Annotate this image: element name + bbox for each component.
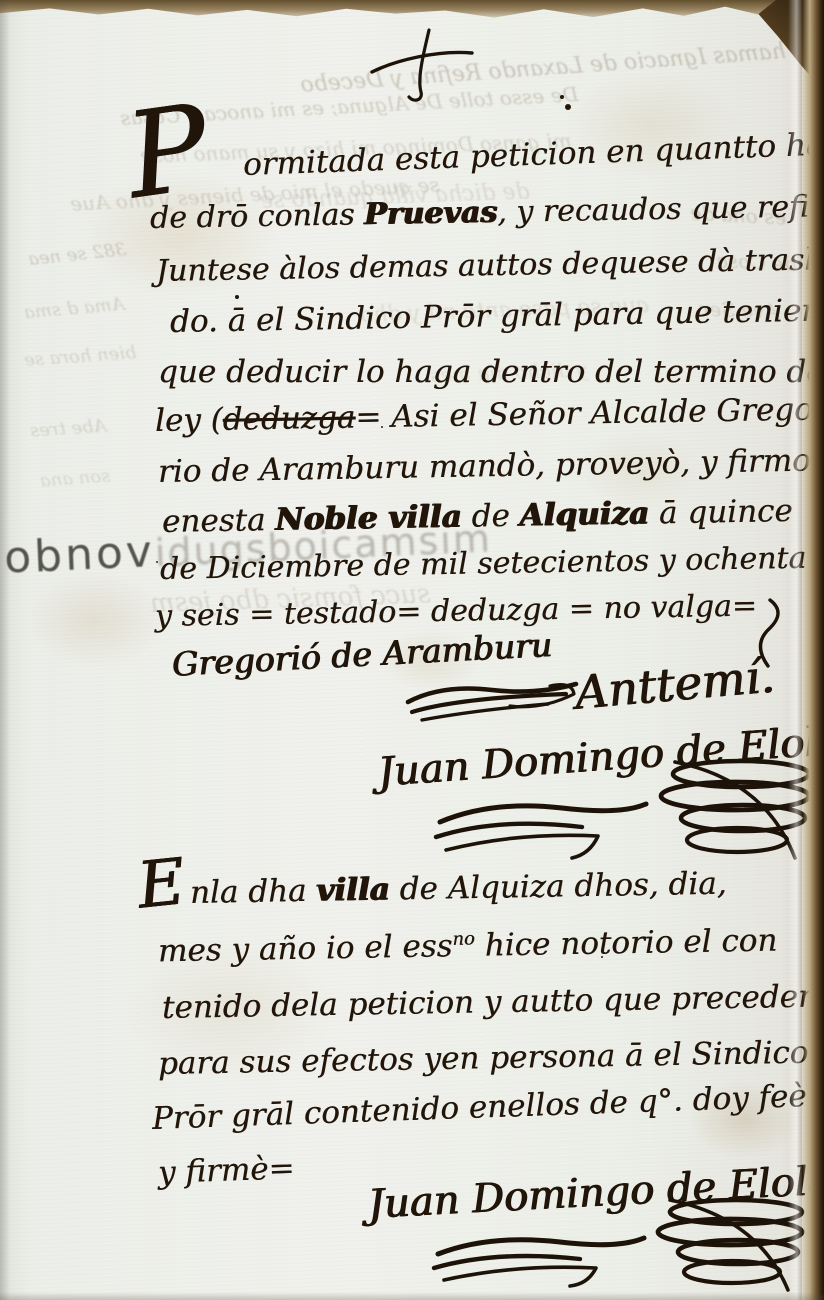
- bleedthrough-layer: hamas Ignacio de Laxando Refina y Decebo…: [0, 0, 824, 1300]
- bleedthrough-fragment: de dicha villa quando se: [260, 181, 530, 212]
- signature-rubric-elola-2-left: [428, 1228, 658, 1298]
- notification-line-3: tenido dela peticion y autto que precede…: [162, 982, 818, 1024]
- decree-line-10: y seis = testado= deduzga = no valga=: [155, 591, 758, 632]
- bleedthrough-fragment: Abe tres: [29, 417, 107, 440]
- bleedthrough-fragment: mi ganso Domingo mi hizo y su mano nose: [140, 130, 572, 165]
- signature-rubric-elola-1-left: [430, 792, 660, 872]
- cross-mark: [366, 26, 486, 106]
- initial-flourish-e: E: [135, 850, 188, 919]
- notification-line-6: y firmè=: [157, 1153, 295, 1189]
- initial-flourish-p: P: [120, 88, 215, 216]
- decree-line-5: que deducir lo haga dentro del termino d…: [158, 357, 824, 388]
- dark-right-binding-edge: [802, 0, 824, 1300]
- ink-offset-faint-part: idugsboicamsım: [154, 516, 493, 575]
- decree-line-1: ormitada esta peticion en quantto haluga: [242, 127, 824, 181]
- bleedthrough-fragment: Ama d sma: [23, 296, 125, 323]
- notification-line-5: Prōr grāl contenido enellos de q°. doy f…: [151, 1081, 807, 1135]
- decree-line-7: rio de Aramburu mandò, proveyò, y firmo: [158, 446, 811, 488]
- bleedthrough-fragment: bien hora se: [24, 344, 138, 370]
- bleedthrough-fragment: y dicho dia mes: [430, 359, 588, 384]
- notification-line-1: nla dha villa de Alquiza dhos, dia,: [190, 869, 727, 909]
- bleedthrough-fragment: 382 se nea: [27, 241, 127, 269]
- bleedthrough-fragment: son ana: [39, 468, 111, 491]
- bleedthrough-fragment: Ave Ser: [700, 299, 779, 322]
- notification-line-4: para sus efectos yen persona ā el Sindic…: [158, 1038, 809, 1080]
- ink-offset-text: obnovidugsboicamsım: [3, 511, 493, 583]
- bleedthrough-fragment: se quedo el mio de bienes y dho Aue: [70, 174, 440, 213]
- decree-line-6: ley (deduzga= Asi el Señor Alcalde Grego: [155, 395, 813, 437]
- signature-rubric-gregorio: [400, 668, 590, 730]
- bleedthrough-fragment: de Cosa: [716, 250, 797, 274]
- bottom-edge-shadow: [0, 1292, 824, 1300]
- decree-line-2: de drō conlas Pruevas, y recaudos que re…: [150, 192, 824, 234]
- decree-line-4: do. ā el Sindico Prōr grāl para que teni…: [170, 295, 824, 338]
- right-page-crease: [788, 0, 802, 1300]
- ante-mi-flourish: [728, 596, 788, 671]
- left-edge-shadow: [0, 0, 10, 1300]
- ink-offset-dark-part: obnov: [3, 526, 156, 584]
- bleedthrough-fragment: que se paso ante mi y dho: [360, 295, 651, 327]
- paper-sheet: hamas Ignacio de Laxando Refina y Decebo…: [0, 0, 824, 1300]
- scanned-manuscript-page: { "page": { "description": "Scanned hand…: [0, 0, 824, 1300]
- ink-specks: [560, 95, 564, 99]
- notification-line-2: mes y año io el essno hice notorio el co…: [158, 925, 778, 967]
- torn-top-edge: [0, 0, 824, 22]
- bleedthrough-fragment: es ona de: [690, 202, 787, 227]
- handwriting-layer: Pormitada esta peticion en quantto halug…: [0, 0, 824, 1300]
- bleedthrough-fragment: De esso tolle De Alguna; es mi anoca y C…: [120, 84, 579, 128]
- bleedthrough-fragment: succ fomsic dbo jesm: [150, 581, 431, 617]
- decree-line-3: Juntese àlos demas auttos dequese dà tra…: [156, 245, 824, 287]
